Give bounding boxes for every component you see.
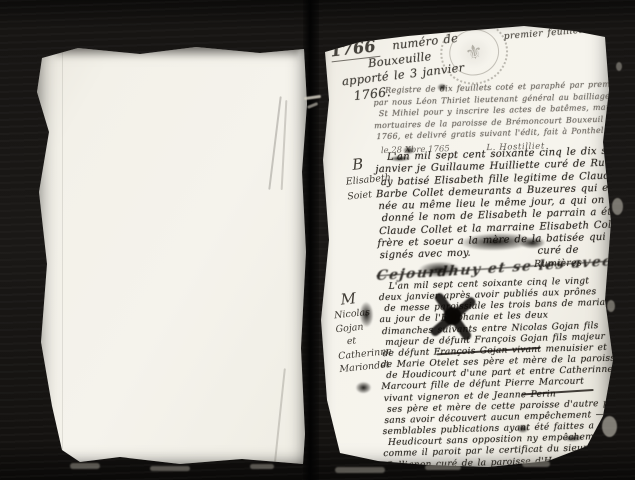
marriage-entry-text: L'an mil sept cent soixante cinq le ving… xyxy=(379,275,628,471)
manuscript-content: 1766 numéro de Bouxeuille apporté le 3 j… xyxy=(315,10,630,470)
paper-debris xyxy=(150,466,190,471)
paper-debris xyxy=(522,461,550,467)
paper-speck xyxy=(612,198,623,215)
paper-debris xyxy=(250,464,274,469)
paper-speck xyxy=(616,62,622,71)
page-top-smudge xyxy=(56,44,298,59)
pencil-mark xyxy=(268,96,281,189)
paper-crease xyxy=(62,52,63,452)
ink-smudge xyxy=(359,301,374,327)
left-page xyxy=(28,40,308,468)
closing-text: signés avec moy. xyxy=(380,248,471,262)
ink-smudge xyxy=(355,381,371,393)
royal-seal-stamp: ⚜ xyxy=(434,13,515,91)
paper-speck xyxy=(607,300,615,312)
paper-debris xyxy=(70,463,100,469)
right-page: 1766 numéro de Bouxeuille apporté le 3 j… xyxy=(316,18,618,470)
pencil-mark xyxy=(281,100,287,190)
pencil-mark xyxy=(272,368,285,480)
book-scan-photo: 1766 numéro de Bouxeuille apporté le 3 j… xyxy=(0,0,635,480)
folio-label: premier feuillet xyxy=(503,22,596,42)
large-ink-cross-blot xyxy=(423,286,483,346)
paper-speck xyxy=(602,416,617,437)
closing-text: curé de xyxy=(537,245,578,257)
paper-debris xyxy=(425,465,461,470)
paper-debris xyxy=(335,467,385,473)
registration-note: Registre de dix feuillets coté et paraph… xyxy=(373,79,617,144)
